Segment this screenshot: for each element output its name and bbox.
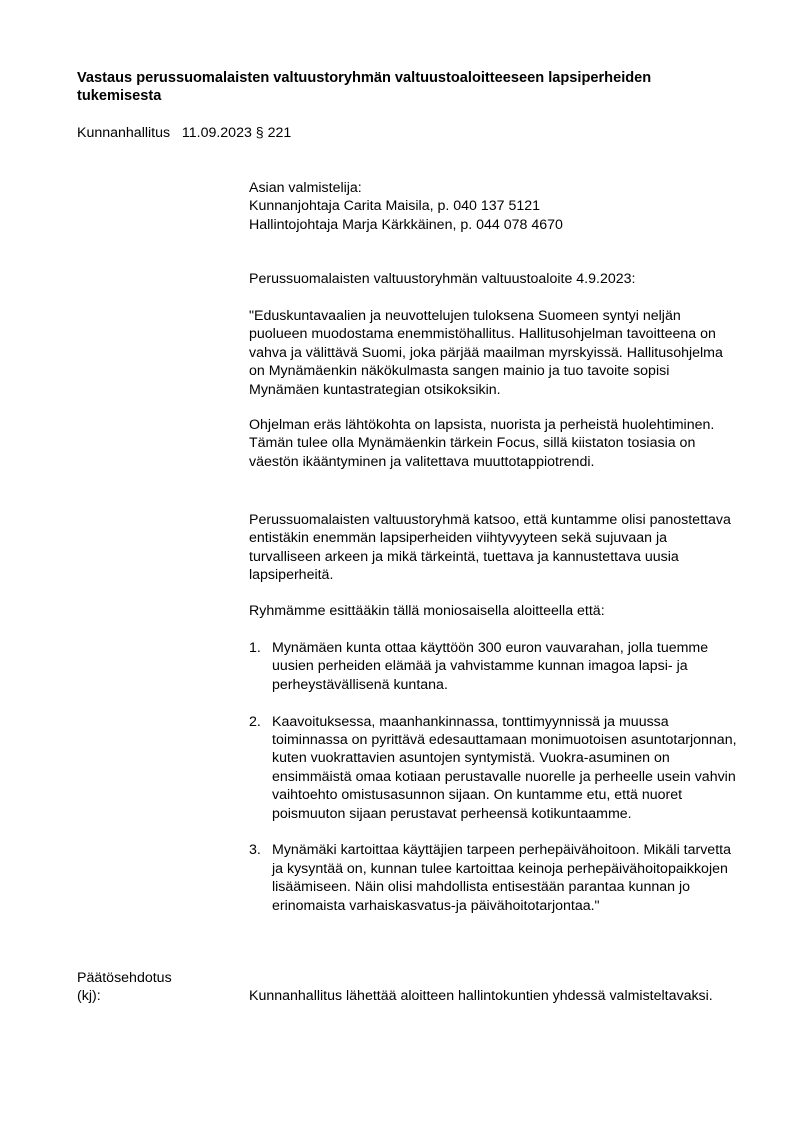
initiative-heading: Perussuomalaisten valtuustoryhmän valtuu… xyxy=(249,270,741,288)
proposal-number: 1. xyxy=(249,639,261,657)
preparer-block: Asian valmistelija: Kunnanjohtaja Carita… xyxy=(249,179,741,234)
paragraph: Ohjelman eräs lähtökohta on lapsista, nu… xyxy=(249,416,741,471)
paragraph: "Eduskuntavaalien ja neuvottelujen tulok… xyxy=(249,307,741,399)
proposal-number: 2. xyxy=(249,713,261,731)
decision-label-line: Päätösehdotus xyxy=(77,969,172,987)
proposal-item: 3. Mynämäki kartoittaa käyttäjien tarpee… xyxy=(249,841,741,915)
decision-label-line: (kj): xyxy=(77,987,172,1005)
proposal-text: Mynämäki kartoittaa käyttäjien tarpeen p… xyxy=(272,842,731,913)
decision-text: Kunnanhallitus lähettää aloitteen hallin… xyxy=(249,987,741,1005)
proposal-list: 1. Mynämäen kunta ottaa käyttöön 300 eur… xyxy=(249,639,741,933)
document-title: Vastaus perussuomalaisten valtuustoryhmä… xyxy=(77,69,737,105)
meeting-reference: Kunnanhallitus 11.09.2023 § 221 xyxy=(77,124,291,142)
proposal-text: Mynämäen kunta ottaa käyttöön 300 euron … xyxy=(272,640,708,693)
paragraph: Ryhmämme esittääkin tällä moniosaisella … xyxy=(249,602,741,620)
preparer-line: Hallintojohtaja Marja Kärkkäinen, p. 044… xyxy=(249,216,741,234)
paragraph: Perussuomalaisten valtuustoryhmä katsoo,… xyxy=(249,511,741,585)
preparer-heading: Asian valmistelija: xyxy=(249,179,741,197)
proposal-item: 2. Kaavoituksessa, maanhankinnassa, tont… xyxy=(249,713,741,823)
proposal-text: Kaavoituksessa, maanhankinnassa, tonttim… xyxy=(272,714,737,822)
decision-label: Päätösehdotus (kj): xyxy=(77,969,172,1006)
preparer-line: Kunnanjohtaja Carita Maisila, p. 040 137… xyxy=(249,197,741,215)
proposal-number: 3. xyxy=(249,841,261,859)
proposal-item: 1. Mynämäen kunta ottaa käyttöön 300 eur… xyxy=(249,639,741,694)
